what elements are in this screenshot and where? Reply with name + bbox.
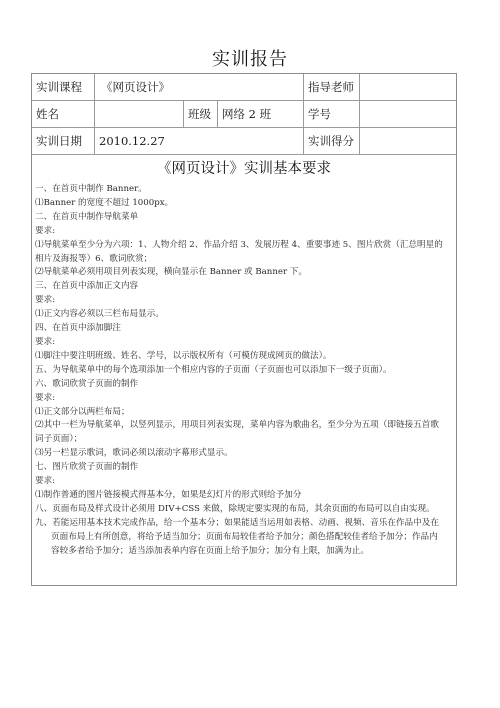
requirement-line: ⑵导航菜单必须用项目列表实现，横向显示在 Banner 或 Banner 下。 bbox=[35, 266, 448, 280]
requirement-line: 要求: bbox=[35, 225, 448, 239]
requirements-section: 《网页设计》实训基本要求 一、在首页中制作 Banner。⑴Banner 的宽度… bbox=[32, 155, 456, 585]
requirement-line: 容较多者给予加分；适当添加表单内容在页面上给予加分；加分有上限，加满为止。 bbox=[35, 545, 448, 559]
table-row-course: 实训课程 《网页设计》 指导老师 bbox=[32, 74, 456, 101]
course-value: 《网页设计》 bbox=[94, 74, 303, 100]
class-value: 网络 2 班 bbox=[217, 101, 303, 127]
student-id-label: 学号 bbox=[303, 101, 359, 127]
name-label: 姓名 bbox=[32, 101, 94, 127]
requirement-line: 相片及海报等）6、歌词欣赏； bbox=[35, 253, 448, 267]
requirement-line: 一、在首页中制作 Banner。 bbox=[35, 183, 448, 197]
requirement-line: 页面布局上有所创意，将给予适当加分；页面布局较佳者给予加分；颜色搭配较佳者给予加… bbox=[35, 531, 448, 545]
class-label: 班级 bbox=[183, 101, 217, 127]
requirement-line: ⑴正文内容必须以三栏布局显示。 bbox=[35, 308, 448, 322]
requirement-line: 三、在首页中添加正文内容 bbox=[35, 280, 448, 294]
date-label: 实训日期 bbox=[32, 128, 94, 154]
score-label: 实训得分 bbox=[303, 128, 359, 154]
requirements-list: 一、在首页中制作 Banner。⑴Banner 的宽度不超过 1000px。二、… bbox=[35, 183, 448, 558]
requirement-line: ⑶另一栏显示歌词，歌词必须以滚动字幕形式显示。 bbox=[35, 447, 448, 461]
requirement-line: 要求: bbox=[35, 475, 448, 489]
requirement-line: 九、若能运用基本技术完成作品，给一个基本分；如果能适当运用如表格、动画、视频、音… bbox=[35, 517, 448, 531]
report-table: 实训课程 《网页设计》 指导老师 姓名 班级 网络 2 班 学号 实训日期 20… bbox=[31, 73, 457, 586]
requirements-heading: 《网页设计》实训基本要求 bbox=[32, 159, 456, 179]
requirement-line: ⑵其中一栏为导航菜单，以竖列显示，用项目列表实现，菜单内容为歌曲名，至少分为五项… bbox=[35, 419, 448, 433]
requirement-line: ⑴脚注中要注明班级、姓名、学号，以示版权所有（可模仿现成网页的做法）。 bbox=[35, 350, 448, 364]
requirement-line: 要求: bbox=[35, 294, 448, 308]
date-value: 2010.12.27 bbox=[94, 128, 303, 154]
score-value bbox=[359, 128, 456, 154]
document-title: 实训报告 bbox=[0, 49, 500, 71]
table-row-date: 实训日期 2010.12.27 实训得分 bbox=[32, 128, 456, 155]
teacher-value bbox=[359, 74, 456, 100]
requirement-line: ⑴Banner 的宽度不超过 1000px。 bbox=[35, 197, 448, 211]
requirement-line: 四、在首页中添加脚注 bbox=[35, 322, 448, 336]
name-value bbox=[94, 101, 183, 127]
requirement-line: 八、页面布局及样式设计必须用 DIV+CSS 来做，除规定要实现的布局，其余页面… bbox=[35, 503, 448, 517]
teacher-label: 指导老师 bbox=[303, 74, 359, 100]
requirement-line: 要求: bbox=[35, 336, 448, 350]
requirement-line: 二、在首页中制作导航菜单 bbox=[35, 211, 448, 225]
student-id-value bbox=[359, 101, 456, 127]
requirement-line: ⑴导航菜单至少分为六项：1、人物介绍 2、作品介绍 3、发展历程 4、重要事迹 … bbox=[35, 239, 448, 253]
requirement-line: 五、为导航菜单中的每个选项添加一个相应内容的子页面（子页面也可以添加下一级子页面… bbox=[35, 364, 448, 378]
requirement-line: 七、图片欣赏子页面的制作 bbox=[35, 461, 448, 475]
table-row-name: 姓名 班级 网络 2 班 学号 bbox=[32, 101, 456, 128]
requirement-line: 要求: bbox=[35, 392, 448, 406]
requirement-line: 六、歌词欣赏子页面的制作 bbox=[35, 378, 448, 392]
requirement-line: ⑴正文部分以两栏布局； bbox=[35, 406, 448, 420]
requirement-line: 词子页面）； bbox=[35, 433, 448, 447]
course-label: 实训课程 bbox=[32, 74, 94, 100]
requirement-line: ⑴制作普通的图片链接模式得基本分，如果是幻灯片的形式则给予加分 bbox=[35, 489, 448, 503]
